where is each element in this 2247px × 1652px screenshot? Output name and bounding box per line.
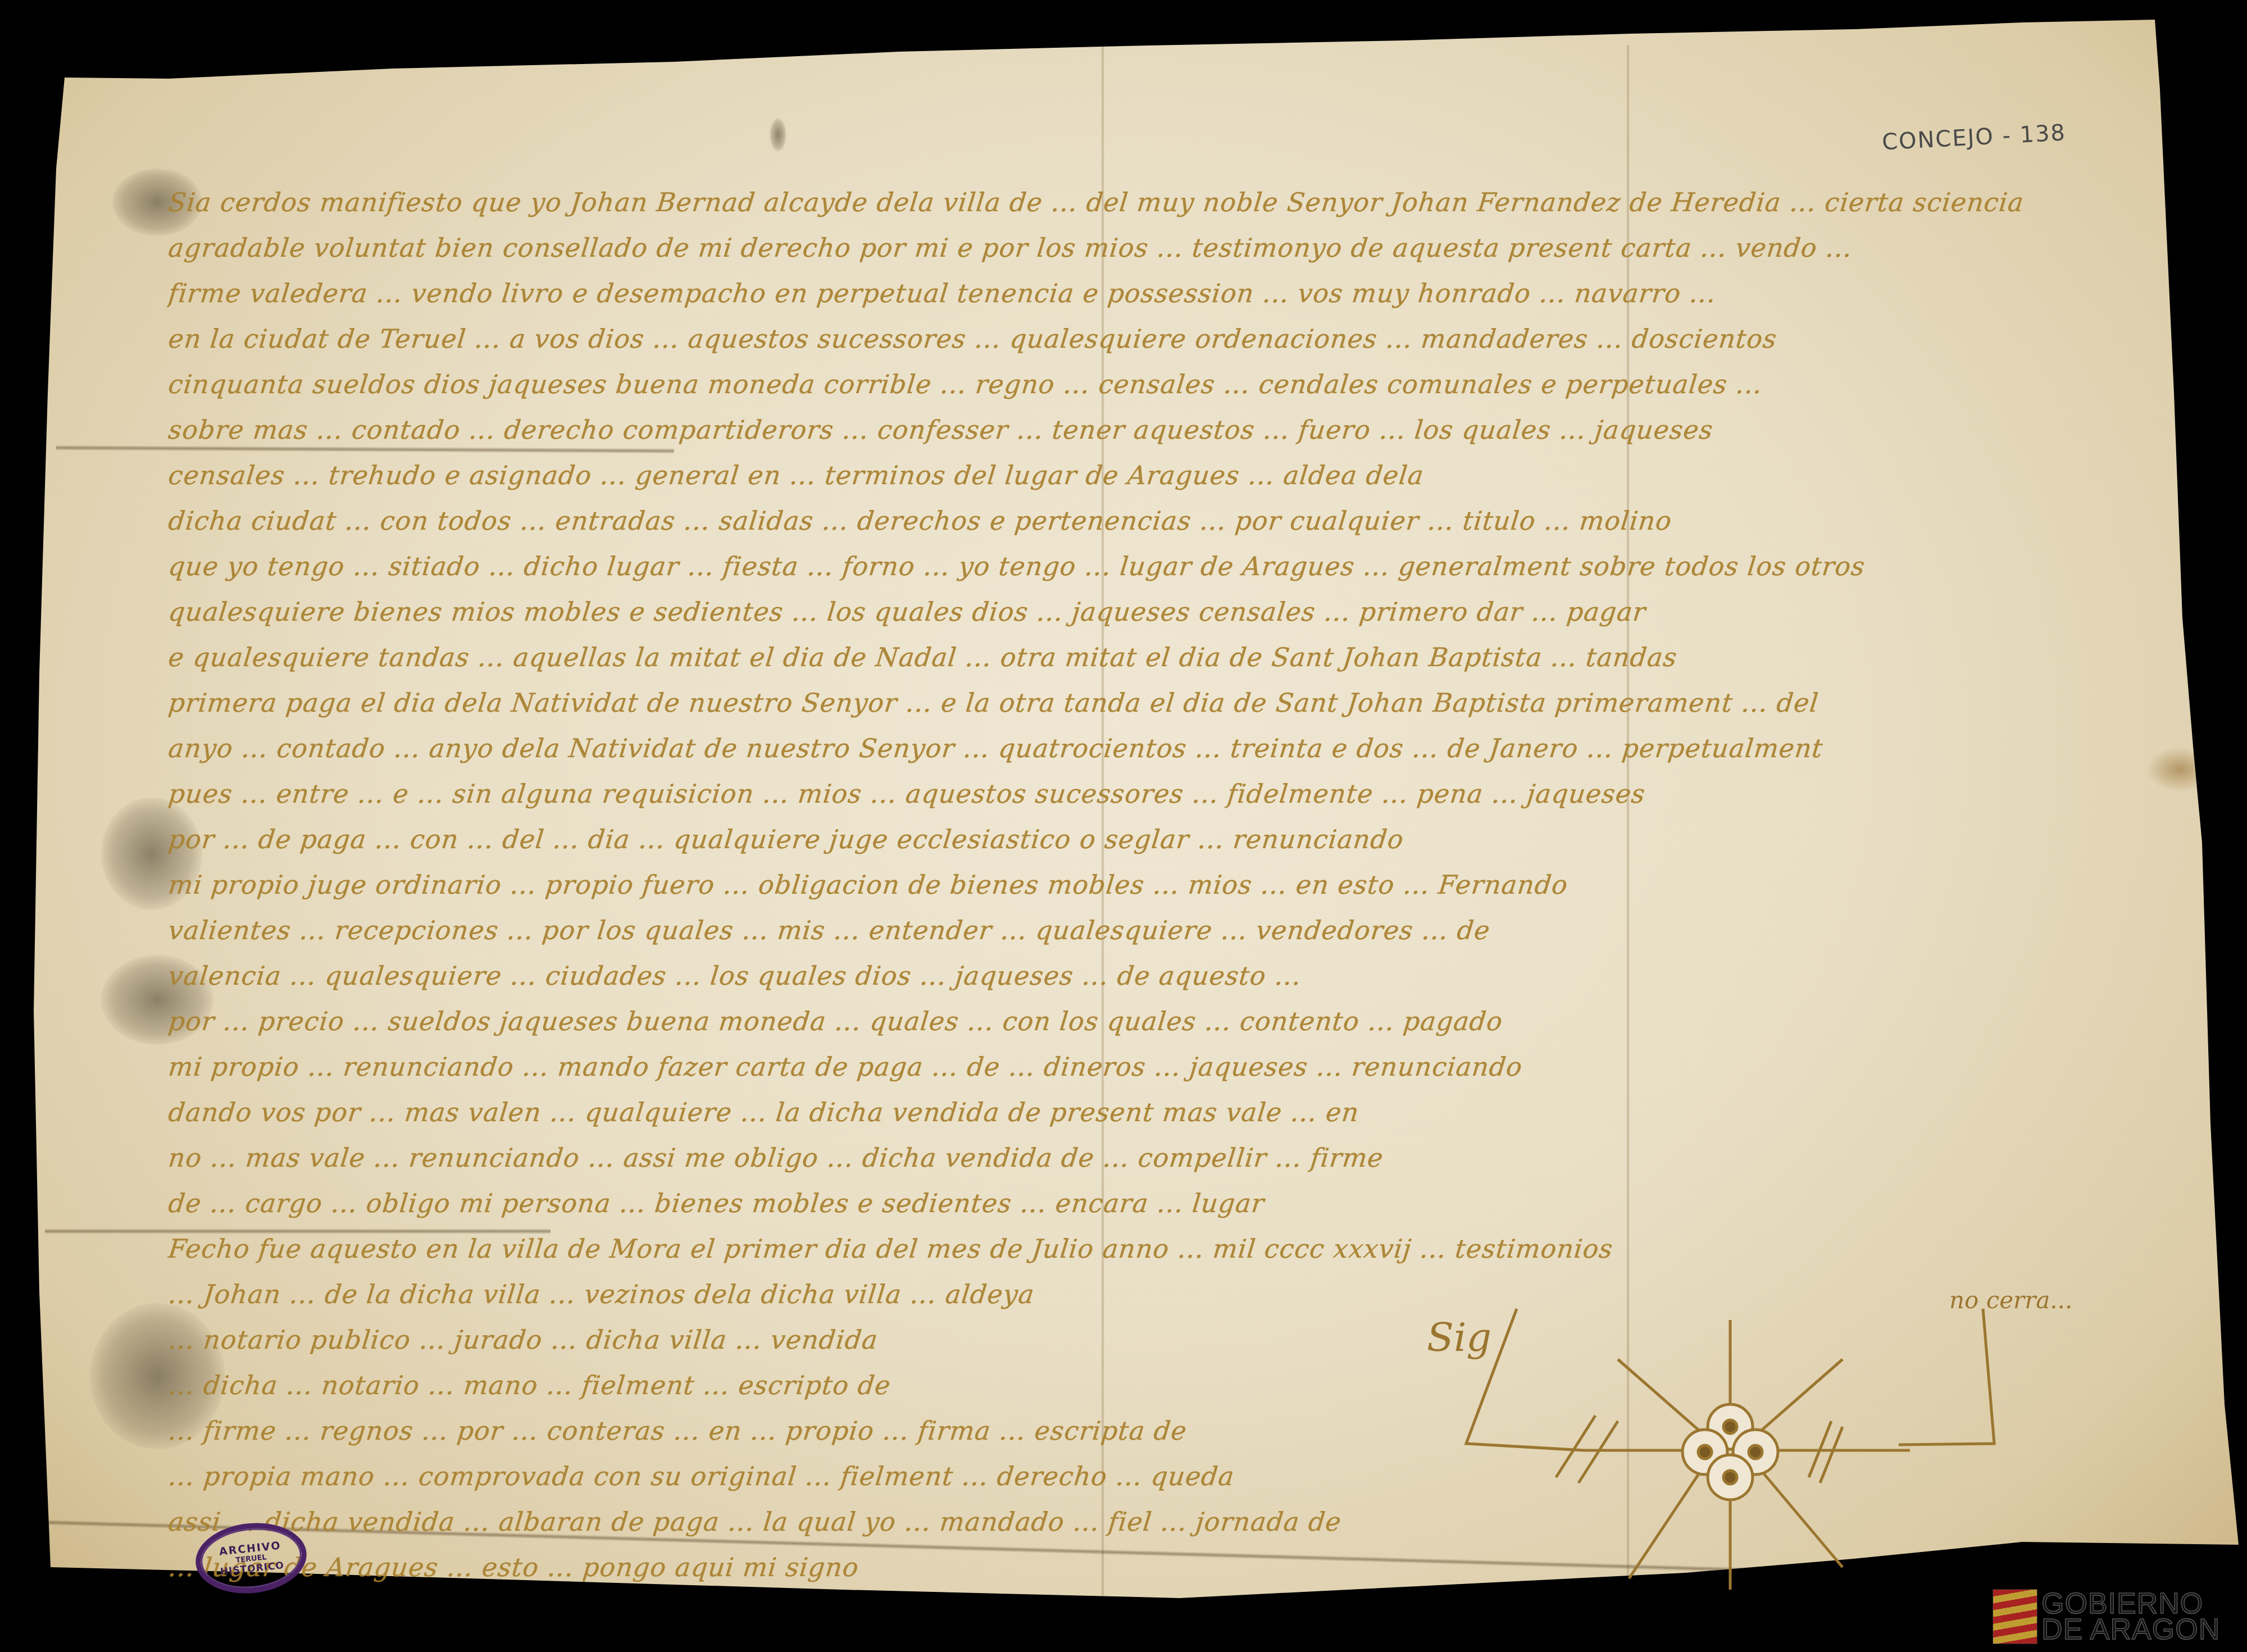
manuscript-line: que yo tengo ... sitiado ... dicho lugar… (166, 544, 2109, 589)
manuscript-line: mi propio juge ordinario ... propio fuer… (166, 862, 2109, 908)
manuscript-line: agradable voluntat bien consellado de mi… (166, 225, 2109, 271)
manuscript-line: pues ... entre ... e ... sin alguna requ… (166, 771, 2109, 817)
manuscript-line: por ... precio ... sueldos jaqueses buen… (166, 999, 2109, 1044)
manuscript-line: anyo ... contado ... anyo dela Natividat… (166, 726, 2109, 771)
manuscript-line: dicha ciudat ... con todos ... entradas … (166, 498, 2109, 544)
manuscript-line: Sia cerdos manifiesto que yo Johan Berna… (166, 180, 2109, 225)
manuscript-line: valencia ... qualesquiere ... ciudades .… (166, 953, 2109, 999)
manuscript-line: primera paga el dia dela Natividat de nu… (166, 680, 2109, 726)
aragon-flag-icon (1993, 1590, 2037, 1644)
manuscript-line: dando vos por ... mas valen ... qualquie… (166, 1090, 2109, 1135)
stamp-line: HISTORICO (220, 1559, 285, 1577)
manuscript-line: cinquanta sueldos dios jaqueses buena mo… (166, 362, 2109, 407)
manuscript-line: Fecho fue aquesto en la villa de Mora el… (166, 1226, 2109, 1272)
manuscript-line: firme valedera ... vendo livro e desempa… (166, 271, 2109, 316)
logo-text: GOBIERNO DE ARAGON (2041, 1591, 2220, 1642)
stain (770, 118, 786, 152)
gobierno-de-aragon-logo: GOBIERNO DE ARAGON (1993, 1590, 2220, 1644)
manuscript-line: censales ... trehudo e asignado ... gene… (166, 453, 2109, 498)
manuscript-line: no ... mas vale ... renunciando ... assi… (166, 1135, 2109, 1181)
manuscript-line: sobre mas ... contado ... derecho compar… (166, 407, 2109, 453)
manuscript-line: por ... de paga ... con ... del ... dia … (166, 817, 2109, 862)
notarial-signum-icon (1416, 1275, 2022, 1590)
manuscript-line: mi propio ... renunciando ... mando faze… (166, 1044, 2109, 1090)
manuscript-line: valientes ... recepciones ... por los qu… (166, 908, 2109, 953)
manuscript-line: de ... cargo ... obligo mi persona ... b… (166, 1181, 2109, 1226)
scan-viewer: CONCEJO - 138 Sia cerdos manifiesto que … (0, 0, 2247, 1652)
logo-line: DE ARAGON (2041, 1617, 2220, 1642)
manuscript-line: en la ciudat de Teruel ... a vos dios ..… (166, 316, 2109, 362)
manuscript-line: e qualesquiere tandas ... aquellas la mi… (166, 635, 2109, 680)
stain (2146, 747, 2213, 792)
manuscript-line: qualesquiere bienes mios mobles e sedien… (166, 589, 2109, 635)
